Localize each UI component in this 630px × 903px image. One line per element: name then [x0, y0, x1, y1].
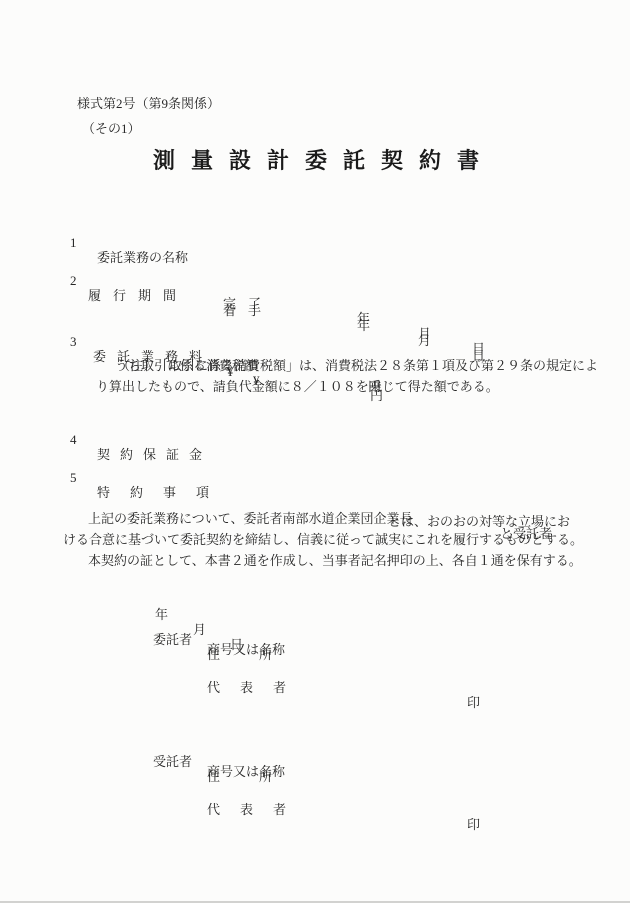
seal-label: 印 [467, 695, 480, 710]
end-label: 完了 [223, 296, 273, 311]
form-part-label: （その1） [82, 121, 141, 136]
tax-note-line-2: り算出したもので、請負代金額に８／１０８を乗じて得た額である。 [96, 379, 499, 394]
item-1-number: 1 [70, 235, 77, 250]
contract-body-line-3: ける合意に基づいて委託契約を締結し、信義に従って誠実にこれを履行するものとする。 [63, 532, 583, 547]
representative-label: 代表者 [207, 680, 306, 695]
contract-body-line-4: 本契約の証として、本書２通を作成し、当事者記名押印の上、各自１通を保有する。 [88, 553, 582, 568]
contract-body-line-2: とは、おのおの対等な立場にお [388, 514, 570, 529]
document-page: 様式第2号（第9条関係） （その1） 測量設計委託契約書 1 委託業務の名称 2… [0, 0, 630, 903]
item-5-number: 5 [70, 470, 77, 485]
consignor-trade-name-label: 商号又は名称 [207, 642, 285, 657]
item-4-number: 4 [70, 432, 77, 447]
consignor-representative-row: 代表者 印 [0, 665, 630, 725]
consignor-label: 委託者 [153, 632, 192, 647]
contract-body-line-1-text: 上記の委託業務について、委託者南部水道企業団企業長 [88, 511, 412, 526]
seal-label: 印 [467, 817, 480, 832]
tax-note-line-1: （注） 「取引に係る消費税額」は、消費税法２８条第１項及び第２９条の規定によ [117, 358, 598, 373]
form-number-label: 様式第2号（第9条関係） [77, 96, 220, 111]
consignee-representative-row: 代表者 印 [0, 787, 630, 847]
consignee-label: 受託者 [153, 754, 192, 769]
document-title: 測量設計委託契約書 [153, 148, 495, 174]
consignee-trade-name-label: 商号又は名称 [207, 764, 285, 779]
representative-label: 代表者 [207, 802, 306, 817]
